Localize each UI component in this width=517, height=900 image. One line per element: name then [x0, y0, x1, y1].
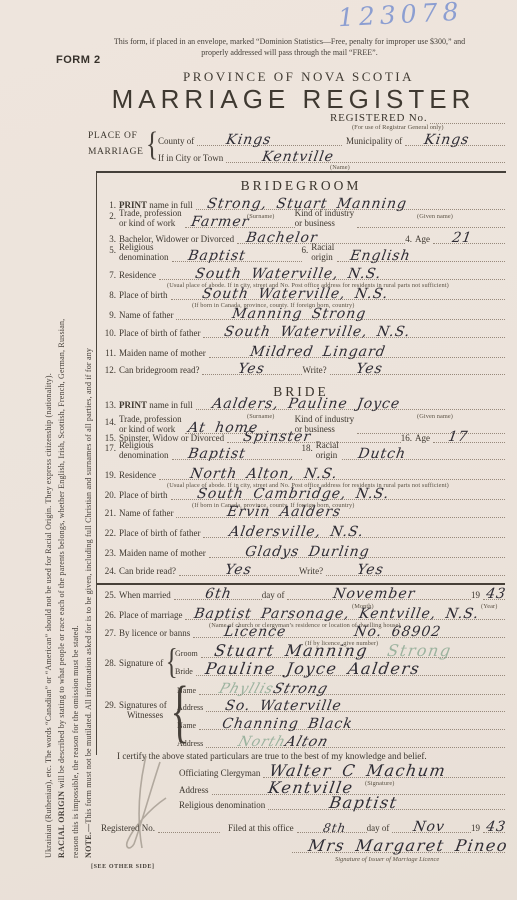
county-field: County of Kings [158, 131, 342, 146]
field-groom-signature: Groom Stuart Manning Strong [97, 642, 505, 658]
field-bridegroom-trade: 2. Trade, professionor kind of work Farm… [97, 204, 505, 228]
dotted-line: Yes [330, 358, 505, 375]
dotted-line: South Waterville, N.S. [171, 283, 506, 300]
field-witness2-name: Name Channing Black [97, 714, 505, 730]
field-witness1-name: Name Phyllis Strong [97, 679, 505, 695]
dotted-line: 43 [483, 816, 505, 833]
bridegroom-write-value: Yes [355, 361, 384, 377]
dotted-line: Kings [197, 130, 342, 146]
field-bride-mother: 23. Maiden name of mother Gladys Durling [97, 542, 505, 558]
registered-no-label: REGISTERED No. [330, 112, 430, 124]
licence-value: Licence [223, 624, 288, 640]
dotted-line: Kentville [226, 147, 505, 163]
field-bridegroom-father: 9. Name of father Manning Strong [97, 304, 505, 320]
field-bride-birthplace: 20. Place of birth South Cambridge, N.S. [97, 484, 505, 500]
dotted-line: South Waterville, N.S. [203, 321, 505, 338]
field-bridegroom-mother: 11. Maiden name of mother Mildred Lingar… [97, 342, 505, 358]
dotted-line: Yes [179, 559, 299, 576]
bridegroom-heading: BRIDEGROOM [97, 178, 505, 194]
bridegroom-read-value: Yes [237, 361, 266, 377]
issuer-signature-value: Mrs Margaret Pineo [307, 836, 510, 855]
field-bride-residence: 19. Residence North Alton, N.S. [97, 464, 505, 480]
dotted-line: 6th [174, 583, 262, 600]
dotted-line: Walter C Machum [263, 761, 505, 778]
dotted-line: Ervin Aalders [176, 501, 505, 518]
bride-father-value: Ervin Aalders [226, 504, 342, 520]
witness2-address-value: North Alton [236, 734, 328, 750]
bridegroom-father-value: Manning Strong [231, 306, 367, 322]
dotted-line: Nov [392, 816, 471, 833]
groom-signature-overwrite: Strong [386, 641, 453, 660]
registered-no-row: REGISTERED No. [330, 110, 505, 124]
licence-number-value: No. 68902 [353, 624, 442, 640]
margin-note-lead: RACIAL ORIGIN [57, 791, 66, 858]
bride-signature-value: Pauline Joyce Aalders [204, 659, 422, 678]
dotted-line: Yes [202, 358, 302, 375]
field-bride-literacy: 24. Can bride read? Yes Write? Yes [97, 560, 505, 576]
town-value: Kentville [261, 149, 335, 165]
mail-notice: This form, if placed in an envelope, mar… [70, 37, 509, 59]
field-bridegroom-residence: 7. Residence South Waterville, N.S. [97, 264, 505, 280]
bride-father-birthplace-value: Aldersville, N.S. [228, 524, 365, 540]
bridegroom-religion-value: Baptist [187, 248, 247, 264]
dotted-line: English [337, 237, 505, 262]
dotted-line: Aalders, Pauline Joyce [196, 393, 505, 410]
bridegroom-father-birthplace-value: South Waterville, N.S. [223, 324, 412, 340]
bride-racial-origin-value: Dutch [357, 446, 407, 462]
dotted-line: South Cambridge, N.S. [171, 483, 506, 500]
dotted-line: Baptist [268, 793, 505, 810]
married-day-value: 6th [204, 586, 233, 602]
place-of-marriage-label: PLACE OF MARRIAGE [88, 129, 143, 160]
bride-write-value: Yes [356, 562, 385, 578]
filed-year-value: 43 [485, 819, 507, 835]
dotted-line: Licence No. 68902 [193, 621, 505, 638]
dotted-line: South Waterville, N.S. [159, 263, 505, 280]
margin-note-line2: reason this is impossible, the reason fo… [71, 625, 80, 858]
groom-signature-value: Stuart Manning [213, 641, 370, 660]
dotted-line: Baptist [172, 237, 302, 262]
county-value: Kings [225, 132, 273, 148]
dotted-line: Stuart Manning Strong [201, 641, 505, 658]
dotted-line [357, 203, 505, 228]
field-bridegroom-literacy: 12. Can bridegroom read? Yes Write? Yes [97, 359, 505, 375]
form-number: FORM 2 [56, 54, 101, 66]
bridegroom-racial-origin-value: English [349, 248, 412, 264]
place-of-marriage-value: Baptist Parsonage, Kentville, N.S. [193, 606, 480, 622]
dotted-line: Phyllis Strong [199, 678, 505, 695]
pencil-scribble [112, 752, 182, 852]
dotted-line: Gladys Durling [209, 541, 505, 558]
dotted-line: 8th [297, 816, 367, 833]
bridegroom-birthplace-value: South Waterville, N.S. [201, 286, 390, 302]
field-bride-signature: Bride Pauline Joyce Aalders [97, 660, 505, 676]
dotted-line: Pauline Joyce Aalders [196, 659, 505, 676]
margin-note-line1: NOTE.—This form must not be mutilated. A… [84, 348, 93, 858]
dotted-line: Mrs Margaret Pineo [292, 836, 505, 853]
field-licence-or-banns: 27. By licence or banns Licence No. 6890… [97, 622, 505, 638]
dotted-line: North Alton, N.S. [159, 463, 505, 480]
margin-note-line4: Ukrainian (Ruthenian), etc. The words “C… [44, 373, 53, 858]
city-town-field: If in City or Town Kentville [158, 148, 505, 163]
dotted-line: So. Waterville [206, 695, 505, 712]
municipality-value: Kings [423, 132, 471, 148]
bride-read-value: Yes [224, 562, 253, 578]
dotted-line: Channing Black [199, 713, 505, 730]
field-bridegroom-birthplace: 8. Place of birth South Waterville, N.S. [97, 284, 505, 300]
dotted-line: Baptist [172, 435, 302, 460]
field-witness2-address: Address North Alton [97, 732, 505, 748]
field-bride-religion: 17. Religiousdenomination Baptist 18. Ra… [97, 436, 505, 460]
bride-birthplace-value: South Cambridge, N.S. [196, 486, 391, 502]
bridegroom-residence-value: South Waterville, N.S. [194, 266, 383, 282]
dotted-line [430, 109, 505, 124]
municipality-field: Municipality of Kings [346, 131, 505, 146]
dotted-line: Yes [326, 559, 505, 576]
filed-month-value: Nov [412, 819, 446, 835]
see-other-side-note: [SEE OTHER SIDE] [91, 864, 155, 870]
dotted-line: North Alton [206, 731, 505, 748]
bride-mother-value: Gladys Durling [244, 544, 371, 560]
bride-religion-value: Baptist [187, 446, 247, 462]
margin-note-lead: NOTE.— [84, 824, 93, 858]
field-place-of-marriage: 26. Place of marriage Baptist Parsonage,… [97, 604, 505, 620]
handwritten-serial-number: 123078 [337, 0, 464, 32]
field-when-married: 25. When married 6th day of November 19 … [97, 584, 505, 600]
dotted-line: Mildred Lingard [209, 341, 505, 358]
top-rule [96, 171, 506, 173]
bride-residence-value: North Alton, N.S. [189, 466, 339, 482]
issuer-sub-label: Signature of Issuer of Marriage Licence [335, 856, 439, 863]
field-bridegroom-religion: 5. Religiousdenomination Baptist 6. Raci… [97, 238, 505, 262]
witness1-address-value: So. Waterville [224, 698, 343, 714]
dotted-line: Manning Strong [176, 303, 505, 320]
married-year-value: 43 [485, 586, 507, 602]
dotted-line: November [287, 583, 471, 600]
witness2-name-value: Channing Black [221, 716, 354, 732]
filed-day-value: 8th [322, 821, 347, 835]
dotted-line: Baptist Parsonage, Kentville, N.S. [185, 603, 505, 620]
field-witness1-address: Address So. Waterville [97, 696, 505, 712]
field-bride-father: 21. Name of father Ervin Aalders [97, 502, 505, 518]
field-bridegroom-father-birthplace: 10. Place of birth of father South Water… [97, 322, 505, 338]
dotted-line: Dutch [342, 435, 505, 460]
province-heading: PROVINCE OF NOVA SCOTIA [90, 69, 507, 85]
dotted-line: Kings [405, 130, 505, 146]
dotted-line: Farmer [185, 203, 295, 228]
denomination-value: Baptist [328, 793, 399, 812]
dotted-line: 43 [483, 583, 505, 600]
name-sub-label: (Name) [330, 164, 350, 171]
margin-note-line3: RACIAL ORIGIN will be described by stati… [57, 319, 66, 858]
dotted-line: Aldersville, N.S. [203, 521, 505, 538]
place-brace: { [146, 126, 158, 164]
field-bride-name: 13. PRINT name in full Aalders, Pauline … [97, 394, 505, 410]
marriage-register-sheet: NOTE.—This form must not be mutilated. A… [0, 0, 517, 900]
married-month-value: November [332, 586, 417, 602]
field-bride-father-birthplace: 22. Place of birth of father Aldersville… [97, 522, 505, 538]
